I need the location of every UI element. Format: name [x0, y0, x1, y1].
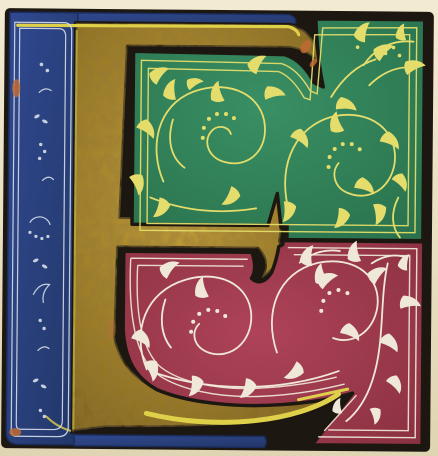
initial-letter-artwork: [0, 0, 438, 456]
illuminated-initial-image: [0, 0, 438, 456]
